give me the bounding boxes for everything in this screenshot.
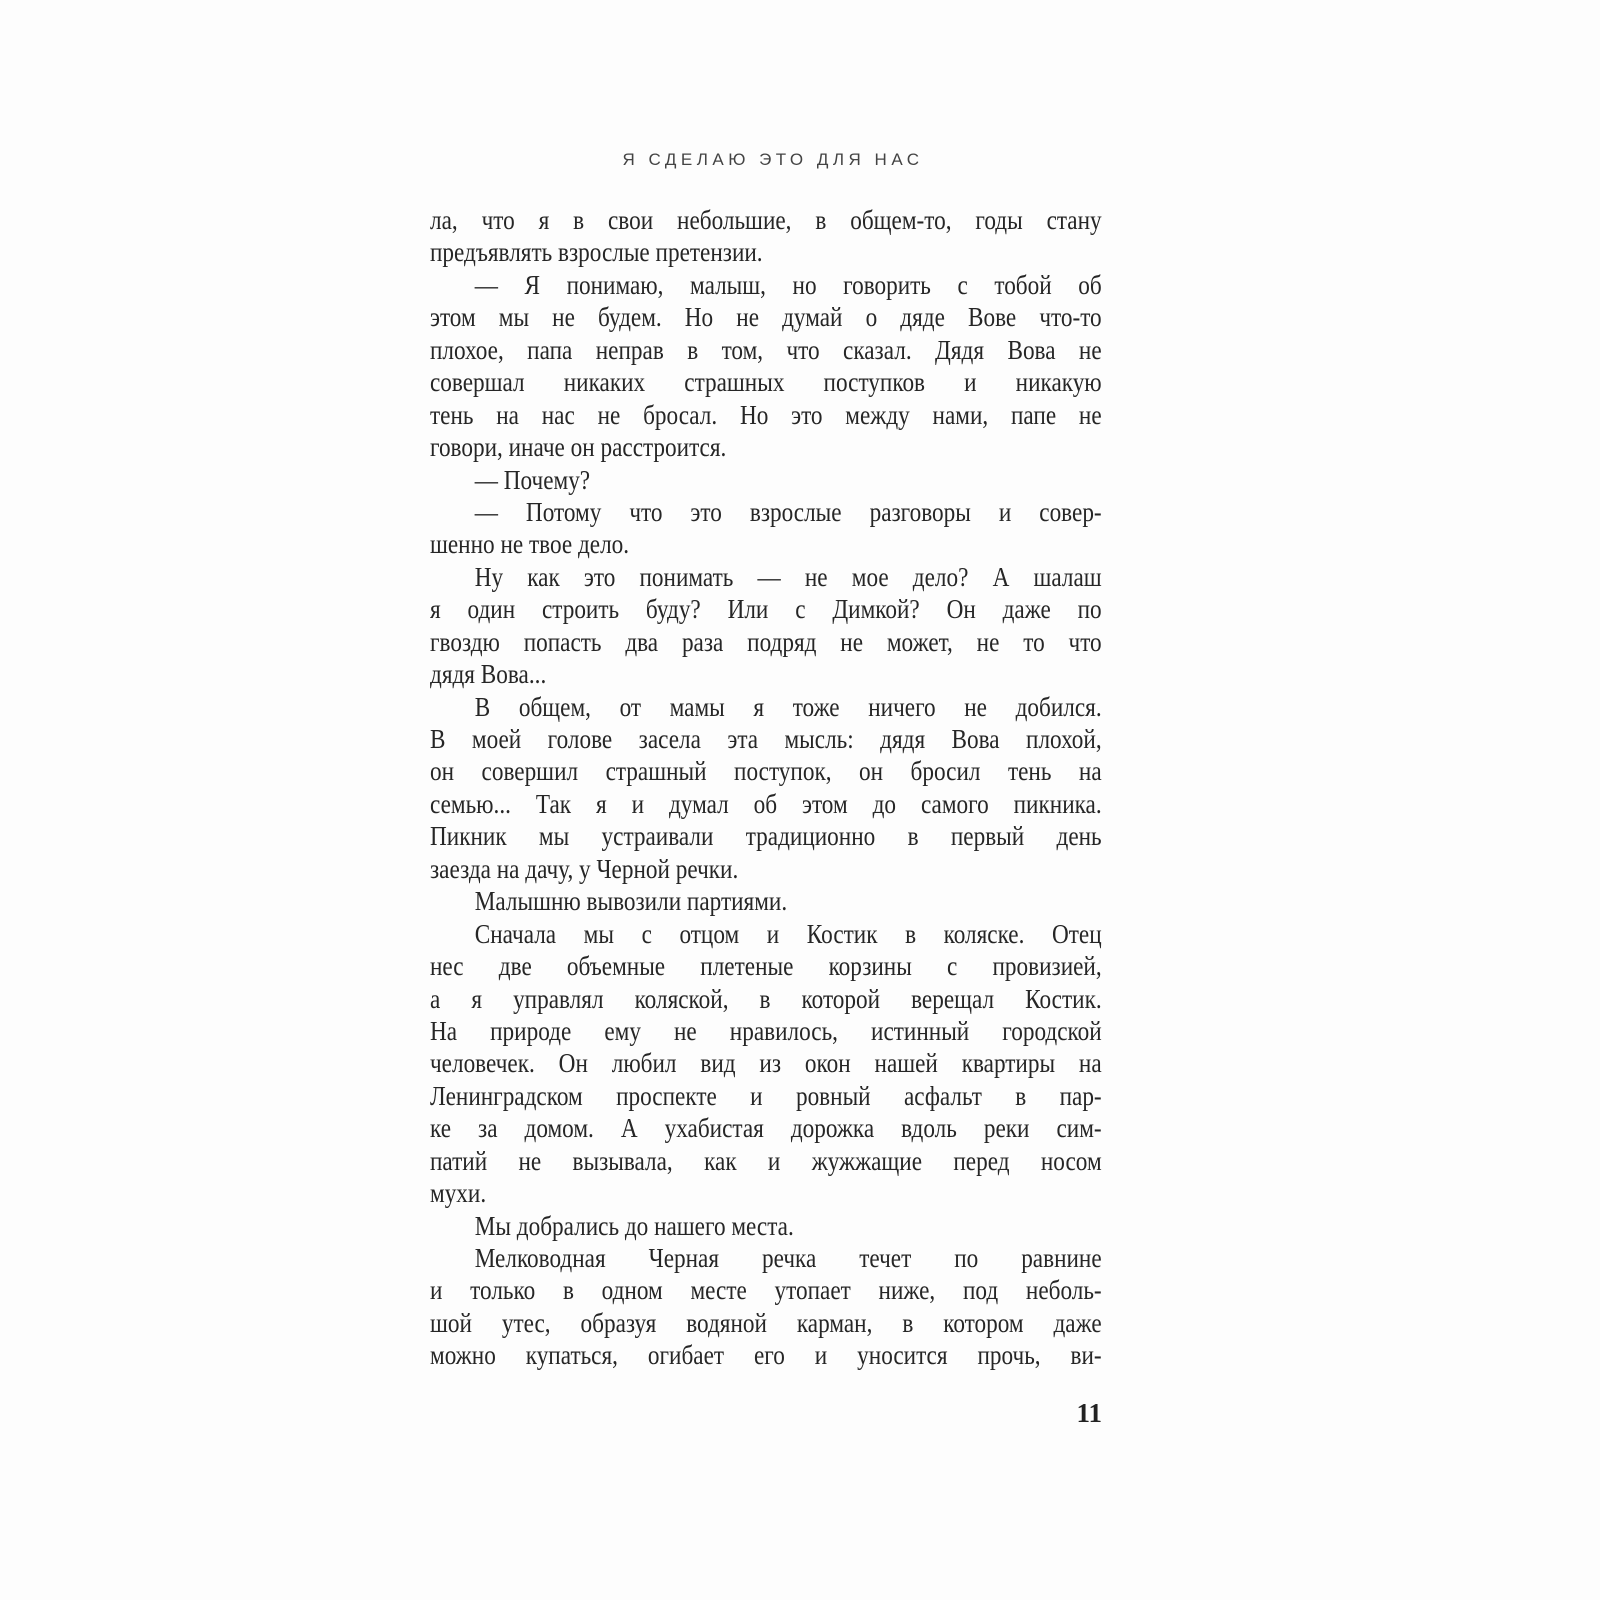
text-line: а я управлял коляской, в которой верещал… xyxy=(430,983,1102,1015)
text-line: Ленинградском проспекте и ровный асфальт… xyxy=(430,1080,1102,1112)
text-line: заезда на дачу, у Черной речки. xyxy=(430,853,1102,885)
text-line: Пикник мы устраивали традиционно в первы… xyxy=(430,820,1102,852)
text-line: — Я понимаю, малыш, но говорить с тобой … xyxy=(430,269,1102,301)
text-line: он совершил страшный поступок, он бросил… xyxy=(430,755,1102,787)
text-line: предъявлять взрослые претензии. xyxy=(430,236,1102,268)
text-line: совершал никаких страшных поступков и ни… xyxy=(430,366,1102,398)
body-text: ла, что я в свои небольшие, в общем-то, … xyxy=(430,204,1102,1372)
text-line: человечек. Он любил вид из окон нашей кв… xyxy=(430,1047,1102,1079)
text-line: и только в одном месте утопает ниже, под… xyxy=(430,1274,1102,1306)
text-line: ла, что я в свои небольшие, в общем-то, … xyxy=(430,204,1102,236)
page-number: 11 xyxy=(1060,1398,1102,1429)
text-line: я один строить буду? Или с Димкой? Он да… xyxy=(430,593,1102,625)
text-line: шой утес, образуя водяной карман, в кото… xyxy=(430,1307,1102,1339)
text-line: шенно не твое дело. xyxy=(430,528,1102,560)
book-page: Я СДЕЛАЮ ЭТО ДЛЯ НАС ла, что я в свои не… xyxy=(0,0,1600,1600)
text-line: тень на нас не бросал. Но это между нами… xyxy=(430,399,1102,431)
text-line: дядя Вова... xyxy=(430,658,1102,690)
text-line: плохое, папа неправ в том, что сказал. Д… xyxy=(430,334,1102,366)
text-line: В моей голове засела эта мысль: дядя Вов… xyxy=(430,723,1102,755)
text-line: можно купаться, огибает его и уносится п… xyxy=(430,1339,1102,1371)
text-line: гвоздю попасть два раза подряд не может,… xyxy=(430,626,1102,658)
text-line: — Почему? xyxy=(430,464,1102,496)
text-line: Сначала мы с отцом и Костик в коляске. О… xyxy=(430,918,1102,950)
text-line: нес две объемные плетеные корзины с пров… xyxy=(430,950,1102,982)
text-line: В общем, от мамы я тоже ничего не добилс… xyxy=(430,691,1102,723)
text-line: мухи. xyxy=(430,1177,1102,1209)
text-line: Ну как это понимать — не мое дело? А шал… xyxy=(430,561,1102,593)
text-line: Мы добрались до нашего места. xyxy=(430,1210,1102,1242)
text-line: Мелководная Черная речка течет по равнин… xyxy=(430,1242,1102,1274)
text-line: патий не вызывала, как и жужжащие перед … xyxy=(430,1145,1102,1177)
text-line: — Потому что это взрослые разговоры и со… xyxy=(430,496,1102,528)
running-head: Я СДЕЛАЮ ЭТО ДЛЯ НАС xyxy=(0,150,1546,170)
text-line: На природе ему не нравилось, истинный го… xyxy=(430,1015,1102,1047)
text-line: семью... Так я и думал об этом до самого… xyxy=(430,788,1102,820)
text-line: ке за домом. А ухабистая дорожка вдоль р… xyxy=(430,1112,1102,1144)
text-line: Малышню вывозили партиями. xyxy=(430,885,1102,917)
text-line: этом мы не будем. Но не думай о дяде Вов… xyxy=(430,301,1102,333)
text-line: говори, иначе он расстроится. xyxy=(430,431,1102,463)
